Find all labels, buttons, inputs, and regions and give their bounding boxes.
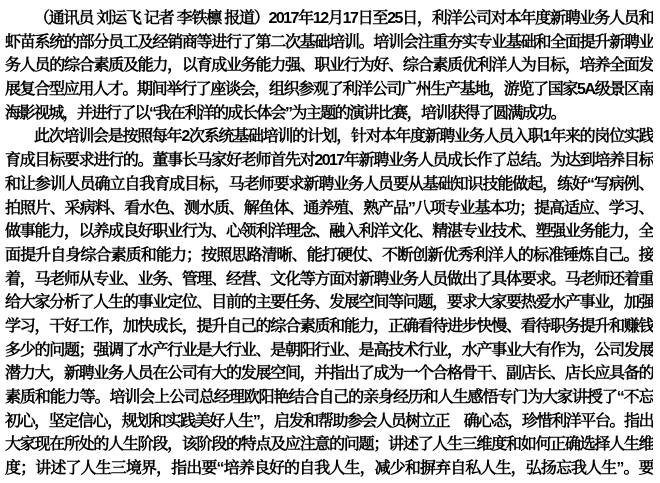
text-line: 拍照片、采病料、看水色、测水质、解鱼体、通养殖、熟产品”八项专业基本功；提高适应… xyxy=(5,197,653,221)
text-line: 做事能力，以养成良好职业行为、心领利洋理念、融入利洋文化、精湛专业技术、塑强业务… xyxy=(5,220,653,244)
text-line: 大家现在所处的人生阶段，该阶段的特点及应注意的问题；讲述了人生三维度和如何正确选… xyxy=(5,433,653,457)
text-line: 多少的问题；强调了水产行业是大行业、是朝阳行业、是高技术行业，水产事业大有作为，… xyxy=(5,339,653,363)
text-line: 务人员的综合素质及能力，以育成业务能力强、职业行为好、综合素质优利洋人为目标，培… xyxy=(5,54,653,78)
document-page: （通讯员 刘运飞 记者 李铁檩 报道）2017年12月17日至25日，利洋公司对… xyxy=(0,0,660,483)
text-line: 育成目标要求进行的。董事长马家好老师首先对2017年新聘业务人员成长作了总结。为… xyxy=(5,149,653,173)
article-paragraph-2: 此次培训会是按照每年2次系统基础培训的计划，针对本年度新聘业务人员入职1年来的岗… xyxy=(5,125,653,480)
text-line: 海影视城，并进行了以“我在利洋的成长体会”为主题的演讲比赛，培训获得了圆满成功。 xyxy=(5,102,653,126)
text-line: 素质和能力等。培训会上公司总经理欧阳艳结合自己的亲身经历和人生感悟专门为大家讲授… xyxy=(5,386,653,410)
text-line: 展复合型应用人才。期间举行了座谈会，组织参观了利洋公司广州生产基地，游览了国家5… xyxy=(5,78,653,102)
text-line: 着，马老师从专业、业务、管理、经营、文化等方面对新聘业务人员做出了具体要求。马老… xyxy=(5,268,653,292)
text-line: 给大家分析了人生的事业定位、目前的主要任务、发展空间等问题，要求大家要热爱水产事… xyxy=(5,291,653,315)
text-line: 此次培训会是按照每年2次系统基础培训的计划，针对本年度新聘业务人员入职1年来的岗… xyxy=(5,125,653,149)
text-line: 和让参训人员确立自我育成目标，马老师要求新聘业务人员要从基础知识技能做起，练好“… xyxy=(5,173,653,197)
text-line: 度；讲述了人生三境界，指出要“培养良好的自我人生，减少和摒弃自私人生，弘扬忘我人… xyxy=(5,457,653,481)
text-line: 面提升自身综合素质和能力；按照思路清晰、能打硬仗、不断创新优秀利洋人的标准锤炼自… xyxy=(5,244,653,268)
text-line: 初心，坚定信心，规划和实践美好人生”，启发和帮助参会人员树立正 确心态，珍惜利洋… xyxy=(5,410,653,434)
text-line: （通讯员 刘运飞 记者 李铁檩 报道）2017年12月17日至25日，利洋公司对… xyxy=(5,7,653,31)
article-paragraph-1: （通讯员 刘运飞 记者 李铁檩 报道）2017年12月17日至25日，利洋公司对… xyxy=(5,7,653,125)
text-line: 虾苗系统的部分员工及经销商等进行了第二次基础培训。培训会注重夯实专业基础和全面提… xyxy=(5,31,653,55)
text-line: 潜力大，新聘业务人员在公司有大的发展空间，并指出了成为一个合格骨干、副店长、店长… xyxy=(5,362,653,386)
text-line: 学习，干好工作，加快成长，提升自己的综合素质和能力，正确看待进步快慢、看待职务提… xyxy=(5,315,653,339)
